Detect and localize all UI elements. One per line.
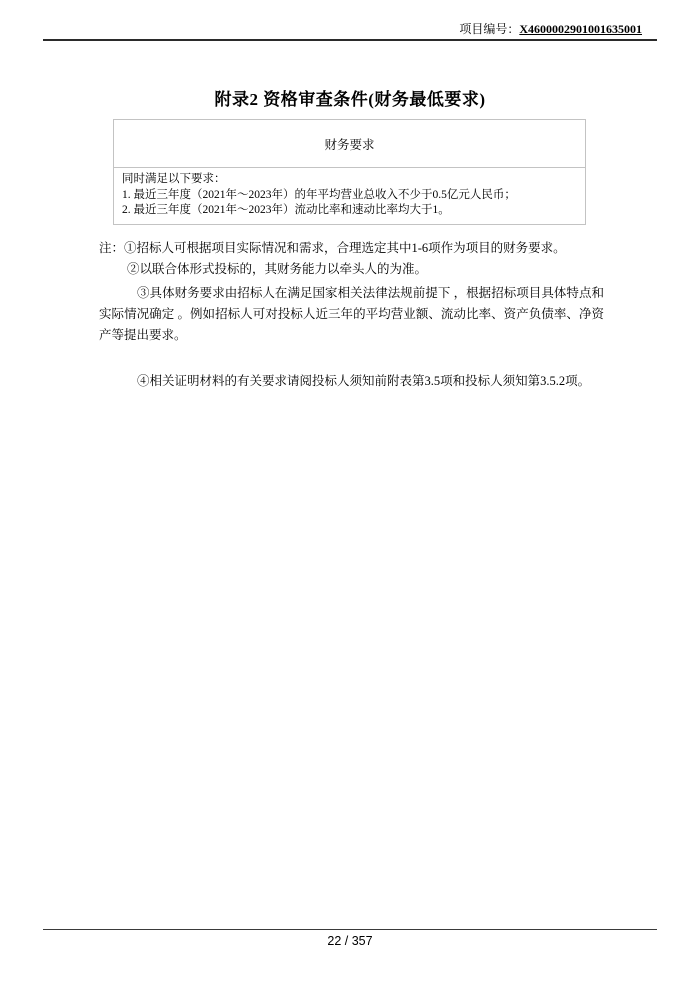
requirement-line-1: 1. 最近三年度（2021年～2023年）的年平均营业总收入不少于0.5亿元人民… [122,188,577,204]
page-title: 附录2 资格审查条件(财务最低要求) [0,85,700,110]
note-4: ④相关证明材料的有关要求请阅投标人须知前附表第3.5项和投标人须知第3.5.2项… [99,371,604,392]
document-page: { "header": { "project_label": "项目编号：", … [0,0,700,989]
note-3: ③具体财务要求由招标人在满足国家相关法律法规前提下 ，根据招标项目具体特点和实际… [99,283,604,346]
page-footer: 22 / 357 [0,929,700,948]
table-body-row: 同时满足以下要求： 1. 最近三年度（2021年～2023年）的年平均营业总收入… [114,168,586,225]
table-header-row: 财务要求 [114,120,586,168]
page-number: 22 / 357 [0,934,700,948]
note-1: 注：①招标人可根据项目实际情况和需求，合理选定其中1-6项作为项目的财务要求。 [99,238,604,259]
note-2: ②以联合体形式投标的，其财务能力以牵头人的为准。 [127,259,604,280]
requirement-intro-line: 同时满足以下要求： [122,172,577,188]
footer-rule [43,929,657,930]
page-header: 项目编号：X4600002901001635001 [0,0,700,37]
note-1-text: ①招标人可根据项目实际情况和需求，合理选定其中1-6项作为项目的财务要求。 [124,241,566,255]
header-rule [43,39,657,41]
requirement-line-2: 2. 最近三年度（2021年～2023年）流动比率和速动比率均大于1。 [122,203,577,219]
notes-label: 注： [99,241,124,255]
notes-section: 注：①招标人可根据项目实际情况和需求，合理选定其中1-6项作为项目的财务要求。 … [99,238,604,392]
project-number: X4600002901001635001 [519,22,642,36]
table-body-cell: 同时满足以下要求： 1. 最近三年度（2021年～2023年）的年平均营业总收入… [114,168,586,225]
table-header-cell: 财务要求 [114,120,586,168]
project-number-label: 项目编号： [459,22,519,36]
financial-requirements-table: 财务要求 同时满足以下要求： 1. 最近三年度（2021年～2023年）的年平均… [113,119,586,225]
